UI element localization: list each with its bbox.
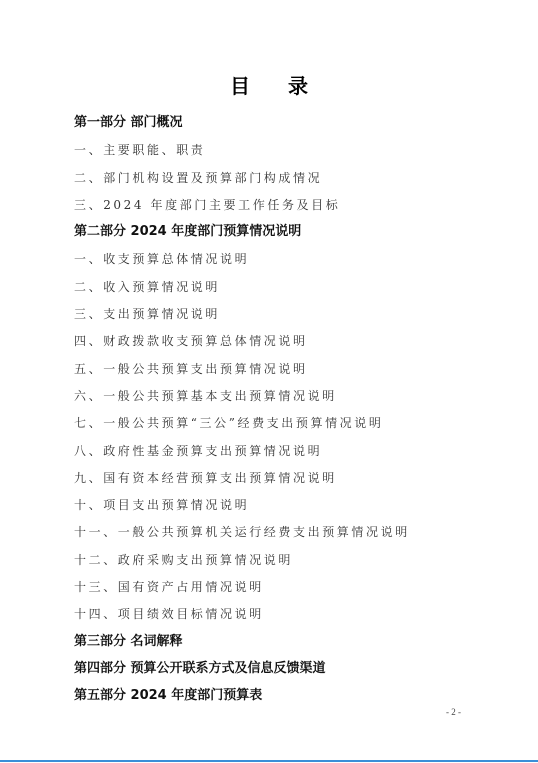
toc-part-1[interactable]: 第一部分 部门概况 bbox=[74, 112, 518, 139]
toc-item[interactable]: 一、主要职能、职责 bbox=[74, 139, 518, 166]
toc-item[interactable]: 九、国有资本经营预算支出预算情况说明 bbox=[74, 467, 518, 494]
toc-item[interactable]: 十三、国有资产占用情况说明 bbox=[74, 576, 518, 603]
toc-item[interactable]: 八、政府性基金预算支出预算情况说明 bbox=[74, 440, 518, 467]
toc-part-3[interactable]: 第三部分 名词解释 bbox=[74, 631, 518, 658]
table-of-contents: 第一部分 部门概况 一、主要职能、职责 二、部门机构设置及预算部门构成情况 三、… bbox=[74, 112, 518, 713]
toc-part-2[interactable]: 第二部分 2024 年度部门预算情况说明 bbox=[74, 221, 518, 248]
page-number: - 2 - bbox=[446, 707, 461, 717]
toc-item[interactable]: 十二、政府采购支出预算情况说明 bbox=[74, 549, 518, 576]
toc-item[interactable]: 一、收支预算总体情况说明 bbox=[74, 248, 518, 275]
toc-item[interactable]: 三、2024 年度部门主要工作任务及目标 bbox=[74, 194, 518, 221]
toc-item[interactable]: 十四、项目绩效目标情况说明 bbox=[74, 603, 518, 630]
toc-item[interactable]: 二、部门机构设置及预算部门构成情况 bbox=[74, 167, 518, 194]
page-title: 目录 bbox=[0, 70, 538, 99]
toc-item[interactable]: 三、支出预算情况说明 bbox=[74, 303, 518, 330]
toc-item[interactable]: 五、一般公共预算支出预算情况说明 bbox=[74, 358, 518, 385]
toc-item[interactable]: 二、收入预算情况说明 bbox=[74, 276, 518, 303]
toc-item[interactable]: 十一、一般公共预算机关运行经费支出预算情况说明 bbox=[74, 521, 518, 548]
title-char-2: 录 bbox=[288, 74, 308, 98]
toc-item[interactable]: 六、一般公共预算基本支出预算情况说明 bbox=[74, 385, 518, 412]
toc-item[interactable]: 七、一般公共预算“三公”经费支出预算情况说明 bbox=[74, 412, 518, 439]
toc-item[interactable]: 四、财政拨款收支预算总体情况说明 bbox=[74, 330, 518, 357]
bottom-rule bbox=[0, 760, 538, 762]
toc-item[interactable]: 十、项目支出预算情况说明 bbox=[74, 494, 518, 521]
title-char-1: 目 bbox=[230, 74, 250, 98]
toc-part-4[interactable]: 第四部分 预算公开联系方式及信息反馈渠道 bbox=[74, 658, 518, 685]
